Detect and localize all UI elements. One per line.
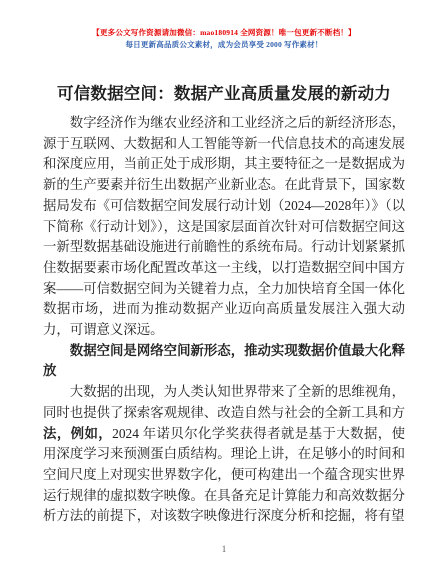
promo-header-line2: 每日更新高品质公文素材，成为会员享受 2000 写作素材！	[0, 39, 448, 50]
page-number: 1	[0, 544, 448, 554]
promo-header-line1: 【更多公文写作资源请加微信：mao180914 全网资源！唯一包更新不断档！】	[0, 27, 448, 39]
text-run-bold: 法，例如，	[43, 426, 112, 441]
document-body: 数字经济作为继农业经济和工业经济之后的新经济形态，源于互联网、大数据和人工智能等…	[43, 113, 405, 527]
paragraph-2: 数据空间是网络空间新形态，推动实现数据价值最大化释放	[43, 341, 405, 382]
paragraph-1: 数字经济作为继农业经济和工业经济之后的新经济形态，源于互联网、大数据和人工智能等…	[43, 113, 405, 341]
text-run: 数字经济作为继农业经济和工业经济之后的新经济形态，源于互联网、大数据和人工智能等…	[43, 115, 405, 337]
text-run-bold: 数据空间是网络空间新形态，推动实现数据价值最大化释放	[43, 343, 405, 379]
document-title: 可信数据空间：数据产业高质量发展的新动力	[0, 80, 448, 104]
promo-header: 【更多公文写作资源请加微信：mao180914 全网资源！唯一包更新不断档！】 …	[0, 27, 448, 50]
text-run: 大数据的出现，为人类认知世界带来了全新的思维视角，同时也提供了探索客观规律、改造…	[43, 384, 405, 420]
document-page: 【更多公文写作资源请加微信：mao180914 全网资源！唯一包更新不断档！】 …	[0, 0, 448, 580]
paragraph-3: 大数据的出现，为人类认知世界带来了全新的思维视角，同时也提供了探索客观规律、改造…	[43, 382, 405, 527]
